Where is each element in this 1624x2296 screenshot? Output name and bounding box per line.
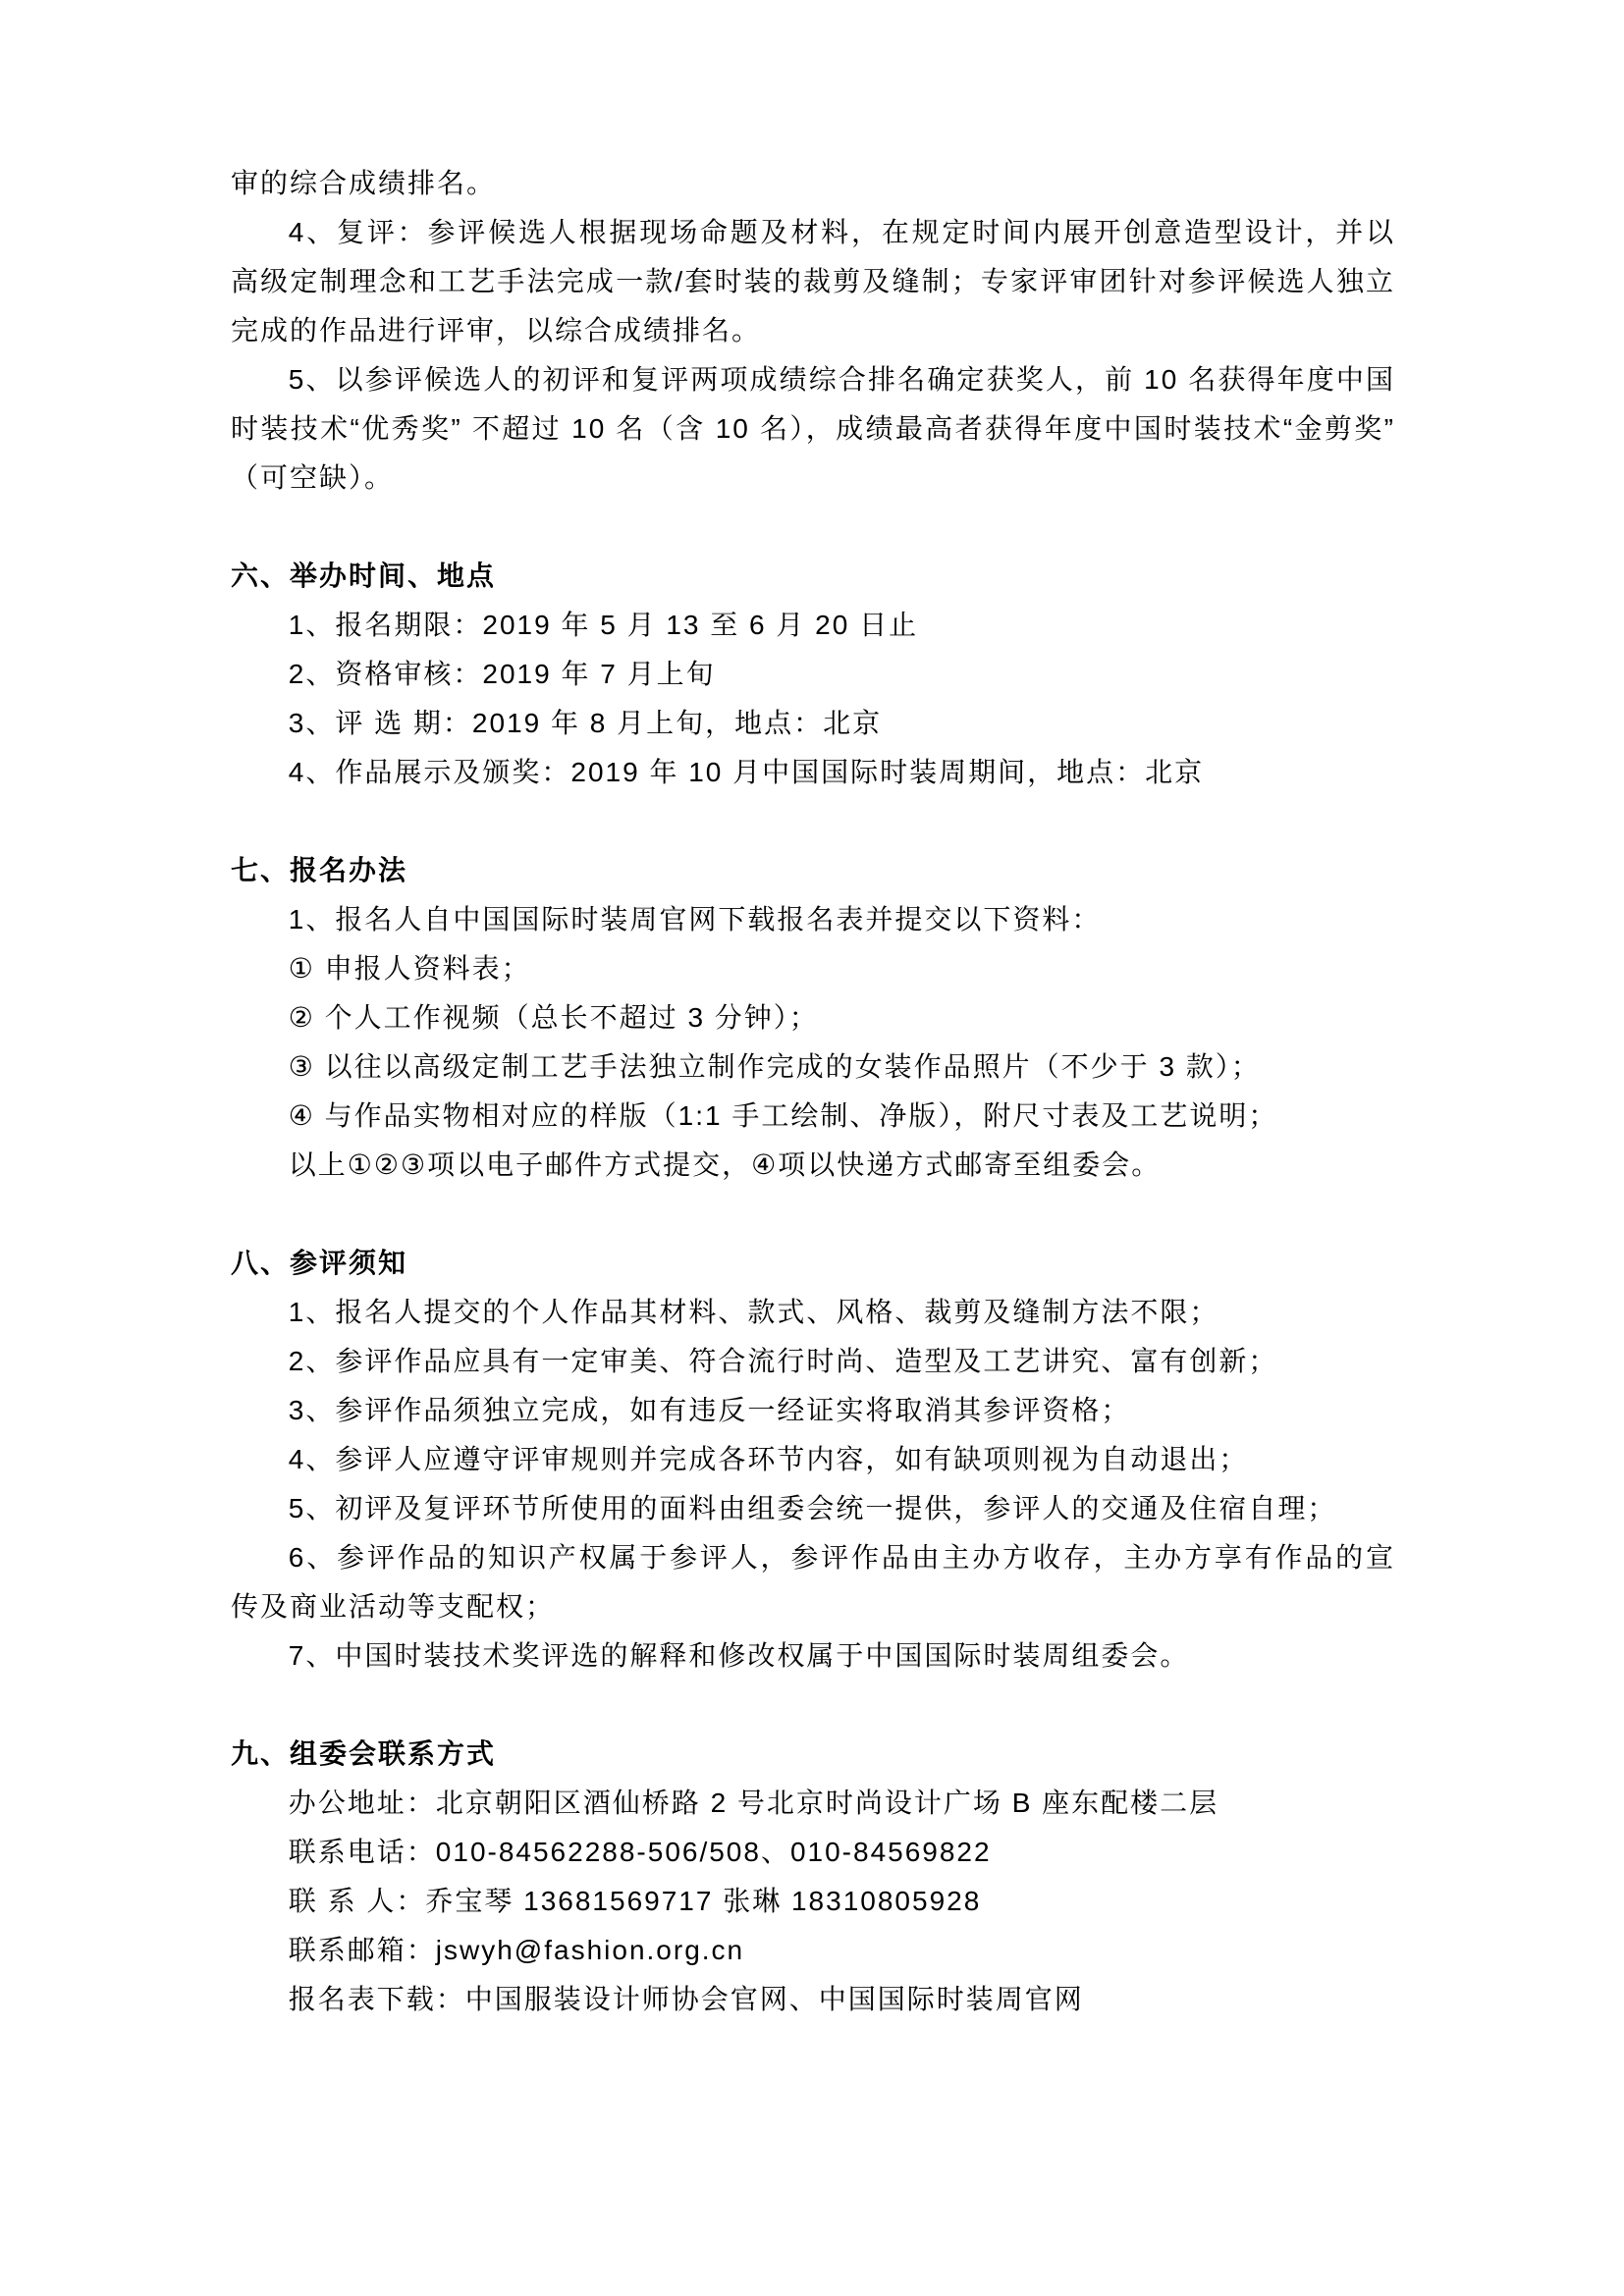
document-page: 审的综合成绩排名。 4、复评：参评候选人根据现场命题及材料，在规定时间内展开创意… bbox=[0, 0, 1624, 2296]
item-notice-5-fabric-provided: 5、初评及复评环节所使用的面料由组委会统一提供，参评人的交通及住宿自理； bbox=[231, 1484, 1395, 1533]
item-circle1-profile-form: ① 申报人资料表； bbox=[231, 944, 1395, 993]
contact-email: 联系邮箱：jswyh@fashion.org.cn bbox=[231, 1926, 1395, 1975]
document-body: 审的综合成绩排名。 4、复评：参评候选人根据现场命题及材料，在规定时间内展开创意… bbox=[231, 159, 1395, 2024]
item-circle4-pattern-sample: ④ 与作品实物相对应的样版（1:1 手工绘制、净版），附尺寸表及工艺说明； bbox=[231, 1092, 1395, 1141]
item-notice-3-independent-work: 3、参评作品须独立完成，如有违反一经证实将取消其参评资格； bbox=[231, 1386, 1395, 1435]
continuation-paragraph: 审的综合成绩排名。 bbox=[231, 159, 1395, 208]
section-heading-contact: 九、组委会联系方式 bbox=[231, 1730, 1395, 1779]
item-registration-deadline: 1、报名期限：2019 年 5 月 13 至 6 月 20 日止 bbox=[231, 601, 1395, 650]
item-download-form: 1、报名人自中国国际时装周官网下载报名表并提交以下资料： bbox=[231, 895, 1395, 944]
item-notice-4-follow-rules: 4、参评人应遵守评审规则并完成各环节内容，如有缺项则视为自动退出； bbox=[231, 1435, 1395, 1484]
contact-form-download: 报名表下载：中国服装设计师协会官网、中国国际时装周官网 bbox=[231, 1975, 1395, 2024]
section-heading-time-venue: 六、举办时间、地点 bbox=[231, 552, 1395, 601]
item-notice-6-ip-rights: 6、参评作品的知识产权属于参评人，参评作品由主办方收存，主办方享有作品的宣传及商… bbox=[231, 1533, 1395, 1631]
contact-office-address: 办公地址：北京朝阳区酒仙桥路 2 号北京时尚设计广场 B 座东配楼二层 bbox=[231, 1779, 1395, 1828]
item-selection-period: 3、评 选 期：2019 年 8 月上旬，地点：北京 bbox=[231, 699, 1395, 748]
paragraph-second-review: 4、复评：参评候选人根据现场命题及材料，在规定时间内展开创意造型设计，并以高级定… bbox=[231, 208, 1395, 355]
item-notice-7-interpretation-rights: 7、中国时装技术奖评选的解释和修改权属于中国国际时装周组委会。 bbox=[231, 1631, 1395, 1681]
item-notice-2-aesthetic: 2、参评作品应具有一定审美、符合流行时尚、造型及工艺讲究、富有创新； bbox=[231, 1337, 1395, 1386]
contact-phone: 联系电话：010-84562288-506/508、010-84569822 bbox=[231, 1828, 1395, 1877]
item-circle2-work-video: ② 个人工作视频（总长不超过 3 分钟）； bbox=[231, 993, 1395, 1042]
section-heading-registration: 七、报名办法 bbox=[231, 846, 1395, 895]
item-qualification-review: 2、资格审核：2019 年 7 月上旬 bbox=[231, 650, 1395, 699]
item-exhibition-award: 4、作品展示及颁奖：2019 年 10 月中国国际时装周期间，地点：北京 bbox=[231, 748, 1395, 797]
contact-persons: 联 系 人：乔宝琴 13681569717 张琳 18310805928 bbox=[231, 1877, 1395, 1926]
paragraph-award-ranking: 5、以参评候选人的初评和复评两项成绩综合排名确定获奖人，前 10 名获得年度中国… bbox=[231, 355, 1395, 503]
item-submission-methods: 以上①②③项以电子邮件方式提交，④项以快递方式邮寄至组委会。 bbox=[231, 1141, 1395, 1190]
item-notice-1-materials-unlimited: 1、报名人提交的个人作品其材料、款式、风格、裁剪及缝制方法不限； bbox=[231, 1288, 1395, 1337]
section-heading-notice: 八、参评须知 bbox=[231, 1239, 1395, 1288]
item-circle3-work-photos: ③ 以往以高级定制工艺手法独立制作完成的女装作品照片（不少于 3 款）； bbox=[231, 1042, 1395, 1092]
